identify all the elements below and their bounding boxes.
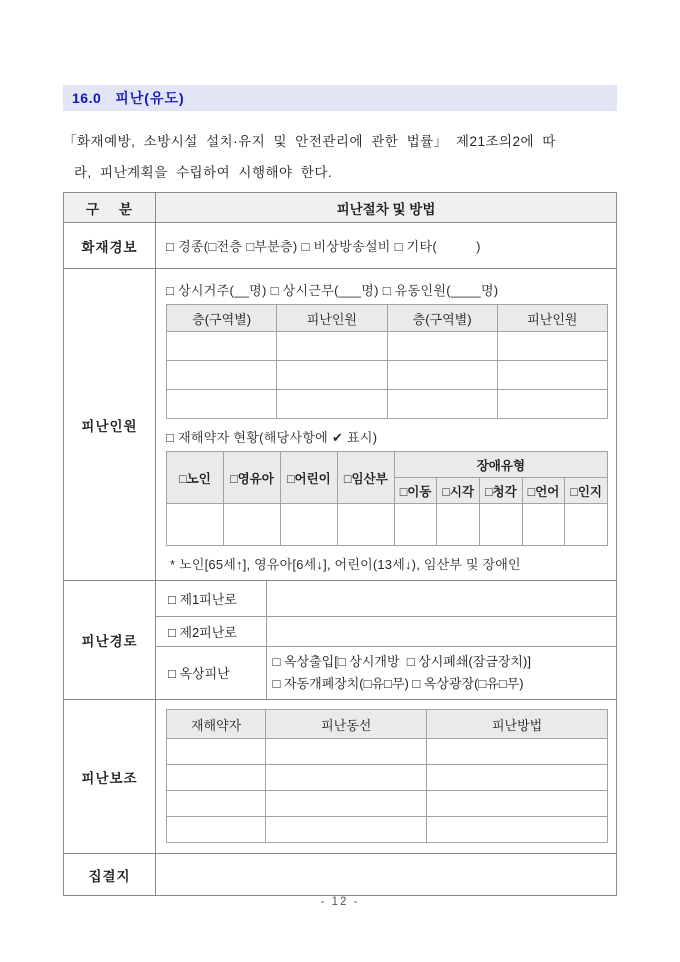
fire-alarm-row: 화재경보 □ 경종(□전층 □부분층) □ 비상방송설비 □ 기타( ) [64,223,617,269]
vulnerable-header-elderly: □노인 [167,452,224,504]
disability-type-visual: □시각 [437,478,480,504]
floor-evacuee-table: 층(구역별) 피난인원 층(구역별) 피난인원 [166,304,608,419]
route1-row: □ 제1피난로 [156,581,616,616]
assist-header-vulnerable: 재해약자 [167,710,266,739]
vulnerable-table-empty-row [167,504,608,546]
assembly-value-cell [156,854,617,896]
floor-table-empty-row [167,332,608,361]
route-sub-table: □ 제1피난로 □ 제2피난로 □ 옥상피난 □ 옥상출입[□ 상시개방 □ [156,581,616,699]
roof-options-cell: □ 옥상출입[□ 상시개방 □ 상시폐쇄(잠금장치)] □ 자동개폐장치(□유□… [266,646,616,699]
route2-row: □ 제2피난로 [156,616,616,646]
roof-options-line-2: □ 자동개폐장치(□유□무) □ 옥상광장(□유□무) [273,673,611,695]
assist-header-path: 피난동선 [266,710,427,739]
vulnerable-footnote: * 노인[65세↑], 영유아[6세↓], 어린이(13세↓), 임산부 및 장… [166,550,608,575]
route-row: 피난경로 □ 제1피난로 □ 제2피난로 [64,581,617,700]
assist-empty-row [167,817,608,843]
assist-header-method: 피난방법 [427,710,608,739]
route-label: 피난경로 [64,581,156,700]
vulnerable-persons-table: □노인 □영유아 □어린이 □임산부 장애유형 □이동 □시각 □청각 [166,451,608,546]
assembly-row: 집결지 [64,854,617,896]
vulnerable-header-infant: □영유아 [223,452,280,504]
intro-paragraph: 「화재예방, 소방시설 설치·유지 및 안전관리에 관한 법률」 제21조의2에… [63,126,619,188]
assembly-label: 집결지 [64,854,156,896]
route2-checkbox-label: □ 제2피난로 [156,616,266,646]
assist-header-row: 재해약자 피난동선 피난방법 [167,710,608,739]
section-number: 16.0 [72,90,101,106]
roof-evacuation-row: □ 옥상피난 □ 옥상출입[□ 상시개방 □ 상시폐쇄(잠금장치)] □ 자동개… [156,646,616,699]
floor-header-zone-2: 층(구역별) [387,305,497,332]
route1-checkbox-label: □ 제1피난로 [156,581,266,616]
evacuation-plan-table: 구 분 피난절차 및 방법 화재경보 □ 경종(□전층 □부분층) □ 비상방송… [63,192,617,896]
route1-value-cell [266,581,616,616]
fire-alarm-label: 화재경보 [64,223,156,269]
route2-value-cell [266,616,616,646]
fire-alarm-options: □ 경종(□전층 □부분층) □ 비상방송설비 □ 기타( ) [156,232,616,259]
disability-group-header: 장애유형 [394,452,607,478]
floor-table-empty-row [167,361,608,390]
table-header-row: 구 분 피난절차 및 방법 [64,193,617,223]
section-heading: 16.0 피난(유도) [63,85,617,111]
assist-label: 피난보조 [64,700,156,854]
intro-line-2: 라, 피난계획을 수립하여 시행해야 한다. [63,157,619,188]
disability-type-mobility: □이동 [394,478,437,504]
disability-type-speech: □언어 [522,478,565,504]
header-category: 구 분 [64,193,156,223]
page-number: - 12 - [0,896,680,908]
floor-header-zone-1: 층(구역별) [167,305,277,332]
assist-row: 피난보조 재해약자 피난동선 피난방법 [64,700,617,854]
roof-options-line-1: □ 옥상출입[□ 상시개방 □ 상시폐쇄(잠금장치)] [273,651,611,673]
roof-checkbox-label: □ 옥상피난 [156,646,266,699]
vulnerable-header-pregnant: □임산부 [337,452,394,504]
evacuees-row: 피난인원 □ 상시거주(__명) □ 상시근무(___명) □ 유동인원(___… [64,269,617,581]
evacuees-label: 피난인원 [64,269,156,581]
disability-type-cognitive: □인지 [565,478,608,504]
intro-line-1: 「화재예방, 소방시설 설치·유지 및 안전관리에 관한 법률」 제21조의2에… [63,126,619,157]
assist-table: 재해약자 피난동선 피난방법 [166,709,608,843]
floor-header-count-2: 피난인원 [497,305,607,332]
assist-empty-row [167,791,608,817]
disability-type-hearing: □청각 [480,478,523,504]
section-title: 피난(유도) [115,88,184,108]
vulnerable-header-child: □어린이 [280,452,337,504]
occupancy-options: □ 상시거주(__명) □ 상시근무(___명) □ 유동인원(____명) [166,276,608,302]
floor-header-count-1: 피난인원 [277,305,387,332]
floor-table-header-row: 층(구역별) 피난인원 층(구역별) 피난인원 [167,305,608,332]
assist-empty-row [167,765,608,791]
document-page: 16.0 피난(유도) 「화재예방, 소방시설 설치·유지 및 안전관리에 관한… [0,0,680,962]
floor-table-empty-row [167,390,608,419]
vulnerable-status-line: □ 재해약자 현황(해당사항에 ✔ 표시) [166,423,608,449]
assist-empty-row [167,739,608,765]
header-procedure: 피난절차 및 방법 [156,193,617,223]
vulnerable-header-row-1: □노인 □영유아 □어린이 □임산부 장애유형 [167,452,608,478]
